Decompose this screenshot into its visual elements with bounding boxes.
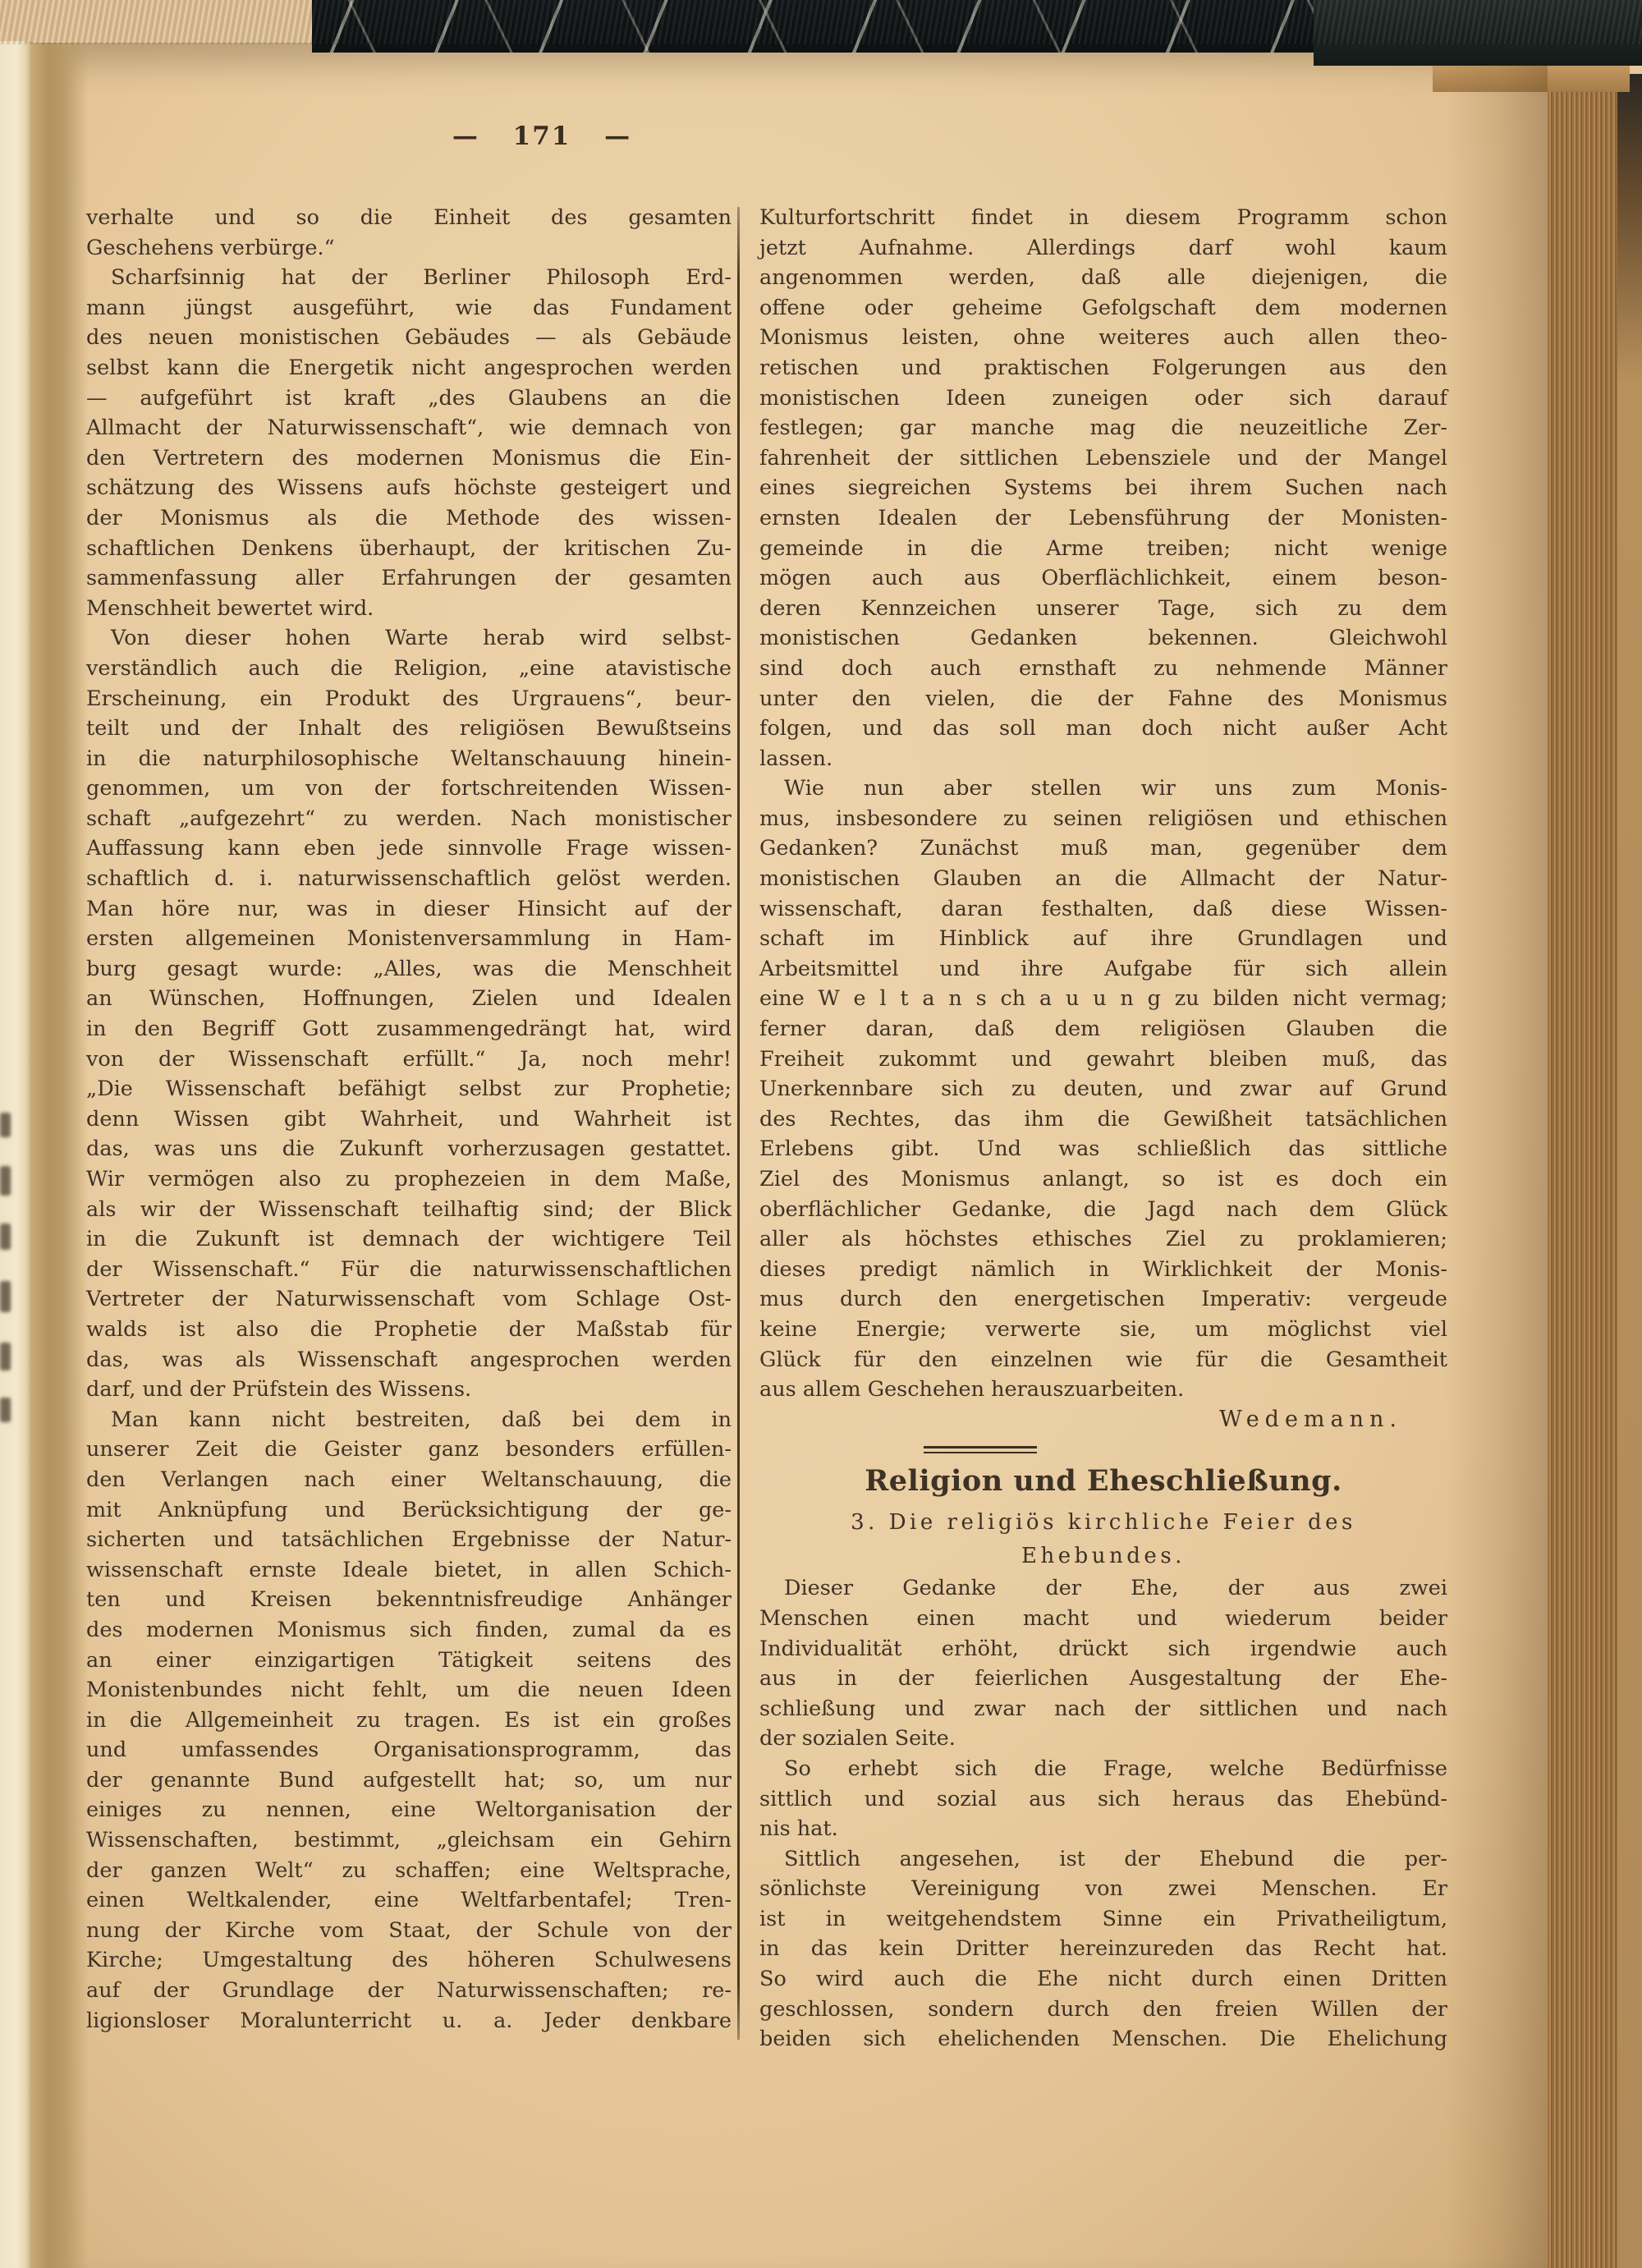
text-line: Geschehens verbürge.“ bbox=[86, 233, 732, 264]
text-line: folgen, und das soll man doch nicht auße… bbox=[759, 714, 1447, 744]
text-line: „Die Wissenschaft befähigt selbst zur Pr… bbox=[86, 1074, 732, 1104]
text-line: Wie nun aber stellen wir uns zum Monis- bbox=[759, 774, 1447, 804]
text-line: der ganzen Welt“ zu schaffen; eine Welts… bbox=[86, 1856, 732, 1886]
text-line: selbst kann die Energetik nicht angespro… bbox=[86, 353, 732, 383]
page-number: — 171 — bbox=[386, 122, 698, 151]
text-line: ernsten Idealen der Lebensführung der Mo… bbox=[759, 503, 1447, 534]
book-fore-edge-outer bbox=[1617, 74, 1642, 2268]
text-line: aus allem Geschehen herauszuarbeiten. bbox=[759, 1375, 1447, 1405]
page-edge-text-bleed bbox=[0, 1281, 11, 1312]
text-line: Wissenschaften, bestimmt, „gleichsam ein… bbox=[86, 1825, 732, 1856]
section-subheading: 3. Die religiös kirchliche Feier des bbox=[759, 1506, 1447, 1540]
text-line: an Wünschen, Hoffnungen, Zielen und Idea… bbox=[86, 984, 732, 1014]
text-line: So wird auch die Ehe nicht durch einen D… bbox=[759, 1964, 1447, 1995]
text-line: schließung und zwar nach der sittlichen … bbox=[759, 1694, 1447, 1724]
section-heading: Religion und Eheschließung. bbox=[759, 1462, 1447, 1501]
text-line: Menschen einen macht und wiederum beider bbox=[759, 1604, 1447, 1634]
text-line: Erscheinung, ein Produkt des Urgrauens“,… bbox=[86, 684, 732, 714]
text-line: wissenschaft ernste Ideale bietet, in al… bbox=[86, 1555, 732, 1586]
text-line: einiges zu nennen, eine Weltorganisation… bbox=[86, 1795, 732, 1825]
book-cover-texture bbox=[0, 0, 1642, 44]
text-line: in die Allgemeinheit zu tragen. Es ist e… bbox=[86, 1706, 732, 1736]
text-line: Gedanken? Zunächst muß man, gegenüber de… bbox=[759, 833, 1447, 864]
text-line: das, was uns die Zukunft vorherzusagen g… bbox=[86, 1134, 732, 1164]
text-line: Erlebens gibt. Und was schließlich das s… bbox=[759, 1134, 1447, 1164]
text-line: Sittlich angesehen, ist der Ehebund die … bbox=[759, 1844, 1447, 1875]
text-line: von der Wissenschaft erfüllt.“ Ja, noch … bbox=[86, 1044, 732, 1075]
text-line: schaft im Hinblick auf ihre Grundlagen u… bbox=[759, 924, 1447, 954]
page-edge-text-bleed bbox=[0, 1398, 11, 1422]
text-line: ten und Kreisen bekenntnisfreudige Anhän… bbox=[86, 1585, 732, 1615]
section-subheading: Ehebundes. bbox=[759, 1540, 1447, 1573]
text-line: schaft „aufgezehrt“ zu werden. Nach moni… bbox=[86, 804, 732, 834]
text-line: Dieser Gedanke der Ehe, der aus zwei bbox=[759, 1573, 1447, 1604]
text-line: ersten allgemeinen Monistenversammlung i… bbox=[86, 924, 732, 954]
text-line: Unerkennbare sich zu deuten, und zwar au… bbox=[759, 1074, 1447, 1104]
text-line: Glück für den einzelnen wie für die Gesa… bbox=[759, 1345, 1447, 1375]
text-line: fahrenheit der sittlichen Lebensziele un… bbox=[759, 443, 1447, 474]
text-line: schätzung des Wissens aufs höchste geste… bbox=[86, 473, 732, 503]
gutter-shadow bbox=[31, 43, 89, 2268]
text-line: genommen, um von der fortschreitenden Wi… bbox=[86, 774, 732, 804]
text-line: Allmacht der Naturwissenschaft“, wie dem… bbox=[86, 413, 732, 443]
text-line: sittlich und sozial aus sich heraus das … bbox=[759, 1784, 1447, 1815]
text-line: des modernen Monismus sich finden, zumal… bbox=[86, 1615, 732, 1646]
text-line: keine Energie; verwerte sie, um möglichs… bbox=[759, 1315, 1447, 1345]
text-line: monistischen Ideen zuneigen oder sich da… bbox=[759, 383, 1447, 414]
text-line: nis hat. bbox=[759, 1814, 1447, 1844]
text-line: in den Begriff Gott zusammengedrängt hat… bbox=[86, 1014, 732, 1044]
text-line: und umfassendes Organisationsprogramm, d… bbox=[86, 1735, 732, 1765]
text-line: eine W e l t a n s ch a u u n g zu bilde… bbox=[759, 984, 1447, 1014]
text-line: aus in der feierlichen Ausgestaltung der… bbox=[759, 1664, 1447, 1694]
text-line: schaftlichen Denkens überhaupt, der krit… bbox=[86, 534, 732, 564]
text-line: denn Wissen gibt Wahrheit, und Wahrheit … bbox=[86, 1104, 732, 1135]
text-line: mus durch den energetischen Imperativ: v… bbox=[759, 1284, 1447, 1315]
text-line: lassen. bbox=[759, 744, 1447, 774]
text-line: eines siegreichen Systems bei ihrem Such… bbox=[759, 473, 1447, 503]
text-line: in die Zukunft ist demnach der wichtiger… bbox=[86, 1224, 732, 1255]
text-line: darf, und der Prüfstein des Wissens. bbox=[86, 1375, 732, 1405]
book-fore-edge bbox=[1548, 64, 1617, 2268]
text-line: wissenschaft, daran festhalten, daß dies… bbox=[759, 894, 1447, 925]
text-line: monistischen Glauben an die Allmacht der… bbox=[759, 864, 1447, 894]
text-line: mögen auch aus Oberflächlichkeit, einem … bbox=[759, 563, 1447, 594]
text-line: Kirche; Umgestaltung des höheren Schulwe… bbox=[86, 1945, 732, 1976]
author-signature: Wedemann. bbox=[759, 1405, 1447, 1435]
text-line: der Monismus als die Methode des wissen- bbox=[86, 503, 732, 534]
text-line: der genannte Bund aufgestellt hat; so, u… bbox=[86, 1765, 732, 1796]
text-line: burg gesagt wurde: „Alles, was die Mensc… bbox=[86, 954, 732, 985]
section-divider-rule bbox=[924, 1446, 1037, 1453]
text-line: den Verlangen nach einer Weltanschauung,… bbox=[86, 1465, 732, 1495]
text-line: Wir vermögen also zu prophezeien in dem … bbox=[86, 1164, 732, 1195]
text-line: monistischen Gedanken bekennen. Gleichwo… bbox=[759, 623, 1447, 654]
text-line: des Rechtes, das ihm die Gewißheit tatsä… bbox=[759, 1104, 1447, 1135]
text-line: geschlossen, sondern durch den freien Wi… bbox=[759, 1995, 1447, 2025]
text-line: ferner daran, daß dem religiösen Glauben… bbox=[759, 1014, 1447, 1044]
text-line: sammenfassung aller Erfahrungen der gesa… bbox=[86, 563, 732, 594]
text-line: Freiheit zukommt und gewahrt bleiben muß… bbox=[759, 1044, 1447, 1075]
text-line: Arbeitsmittel und ihre Aufgabe für sich … bbox=[759, 954, 1447, 985]
text-line: Man höre nur, was in dieser Hinsicht auf… bbox=[86, 894, 732, 925]
text-line: Kulturfortschritt findet in diesem Progr… bbox=[759, 203, 1447, 233]
text-line: sind doch auch ernsthaft zu nehmende Män… bbox=[759, 654, 1447, 684]
column-divider-rule bbox=[737, 207, 740, 2040]
text-column-left: verhalte und so die Einheit des gesamten… bbox=[86, 203, 732, 2036]
text-column-right: Kulturfortschritt findet in diesem Progr… bbox=[759, 203, 1447, 2055]
page-edge-text-bleed bbox=[0, 1224, 11, 1250]
text-line: gemeinde in die Arme treiben; nicht weni… bbox=[759, 534, 1447, 564]
text-line: jetzt Aufnahme. Allerdings darf wohl kau… bbox=[759, 233, 1447, 264]
text-line: oberflächlicher Gedanke, die Jagd nach d… bbox=[759, 1195, 1447, 1225]
text-line: sönlichste Vereinigung von zwei Menschen… bbox=[759, 1874, 1447, 1904]
page-edge-text-bleed bbox=[0, 1343, 11, 1370]
text-line: mit Anknüpfung und Berücksichtigung der … bbox=[86, 1495, 732, 1526]
text-line: unserer Zeit die Geister ganz besonders … bbox=[86, 1435, 732, 1465]
text-line: unter den vielen, die der Fahne des Moni… bbox=[759, 684, 1447, 714]
text-line: So erhebt sich die Frage, welche Bedürfn… bbox=[759, 1754, 1447, 1784]
text-line: festlegen; gar manche mag die neuzeitlic… bbox=[759, 413, 1447, 443]
text-line: als wir der Wissenschaft teilhaftig sind… bbox=[86, 1195, 732, 1225]
text-line: beiden sich ehelichenden Menschen. Die E… bbox=[759, 2024, 1447, 2055]
text-line: aller als höchstes ethisches Ziel zu pro… bbox=[759, 1224, 1447, 1255]
page-edge-text-bleed bbox=[0, 1113, 11, 1137]
text-line: verhalte und so die Einheit des gesamten bbox=[86, 203, 732, 233]
text-line: Individualität erhöht, drückt sich irgen… bbox=[759, 1634, 1447, 1664]
text-line: dieses predigt nämlich in Wirklichkeit d… bbox=[759, 1255, 1447, 1285]
text-line: das, was als Wissenschaft angesprochen w… bbox=[86, 1345, 732, 1375]
text-line: Vertreter der Naturwissenschaft vom Schl… bbox=[86, 1284, 732, 1315]
text-line: auf der Grundlage der Naturwissenschafte… bbox=[86, 1976, 732, 2006]
page-curl-shadow bbox=[1445, 64, 1548, 2268]
text-line: mann jüngst ausgeführt, wie das Fundamen… bbox=[86, 293, 732, 324]
text-line: retischen und praktischen Folgerungen au… bbox=[759, 353, 1447, 383]
text-line: walds ist also die Prophetie der Maßstab… bbox=[86, 1315, 732, 1345]
text-line: der Wissenschaft.“ Für die naturwissensc… bbox=[86, 1255, 732, 1285]
text-line: Monismus leisten, ohne weiteres auch all… bbox=[759, 323, 1447, 353]
text-line: nung der Kirche vom Staat, der Schule vo… bbox=[86, 1916, 732, 1946]
text-line: an einer einzigartigen Tätigkeit seitens… bbox=[86, 1646, 732, 1676]
text-line: angenommen werden, daß alle diejenigen, … bbox=[759, 263, 1447, 293]
text-line: ist in weitgehendstem Sinne ein Privathe… bbox=[759, 1904, 1447, 1935]
facing-page-edge bbox=[0, 41, 31, 2268]
text-line: verständlich auch die Religion, „eine at… bbox=[86, 654, 732, 684]
text-line: teilt und der Inhalt des religiösen Bewu… bbox=[86, 714, 732, 744]
text-line: Monistenbundes nicht fehlt, um die neuen… bbox=[86, 1675, 732, 1706]
text-line: einen Weltkalender, eine Weltfarbentafel… bbox=[86, 1885, 732, 1916]
text-line: der sozialen Seite. bbox=[759, 1724, 1447, 1754]
page-edge-text-bleed bbox=[0, 1166, 11, 1196]
text-line: sicherten und tatsächlichen Ergebnisse d… bbox=[86, 1525, 732, 1555]
text-line: in die naturphilosophische Weltanschauun… bbox=[86, 744, 732, 774]
text-line: Von dieser hohen Warte herab wird selbst… bbox=[86, 623, 732, 654]
text-line: ligionsloser Moralunterricht u. a. Jeder… bbox=[86, 2006, 732, 2036]
text-line: deren Kennzeichen unserer Tage, sich zu … bbox=[759, 594, 1447, 624]
text-line: Man kann nicht bestreiten, daß bei dem i… bbox=[86, 1405, 732, 1435]
text-line: offene oder geheime Gefolgschaft dem mod… bbox=[759, 293, 1447, 324]
text-line: — aufgeführt ist kraft „des Glaubens an … bbox=[86, 383, 732, 414]
text-line: den Vertretern des modernen Monismus die… bbox=[86, 443, 732, 474]
text-line: Auffassung kann eben jede sinnvolle Frag… bbox=[86, 833, 732, 864]
text-line: Ziel des Monismus anlangt, so ist es doc… bbox=[759, 1164, 1447, 1195]
text-line: schaftlich d. i. naturwissenschaftlich g… bbox=[86, 864, 732, 894]
text-line: in das kein Dritter hereinzureden das Re… bbox=[759, 1934, 1447, 1964]
text-line: mus, insbesondere zu seinen religiösen u… bbox=[759, 804, 1447, 834]
text-line: Menschheit bewertet wird. bbox=[86, 594, 732, 624]
text-line: des neuen monistischen Gebäudes — als Ge… bbox=[86, 323, 732, 353]
text-line: Scharfsinnig hat der Berliner Philosoph … bbox=[86, 263, 732, 293]
